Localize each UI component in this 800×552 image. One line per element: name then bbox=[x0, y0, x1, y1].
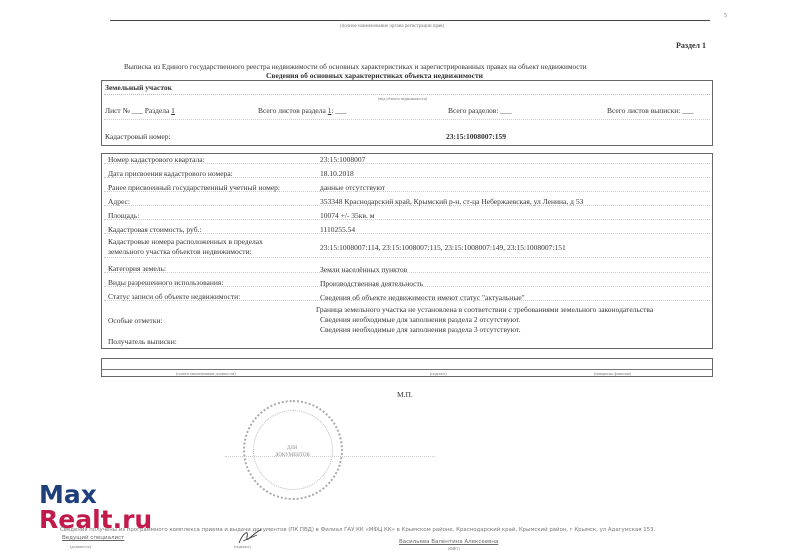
detail-label: Особые отметки: bbox=[108, 316, 163, 325]
total-sheets-value: ___ bbox=[682, 106, 693, 115]
detail-value: 10074 +/- 35кв. м bbox=[320, 211, 375, 220]
total-sheets-section: Всего листов раздела 1: ___ bbox=[258, 106, 347, 115]
detail-value: 23:15:1008007 bbox=[320, 155, 365, 164]
footer-signature-caption: (подпись) bbox=[234, 544, 251, 549]
detail-row: Площадь: 10074 +/- 35кв. м bbox=[104, 210, 710, 220]
total-sheets-label: Всего листов выписки: bbox=[607, 106, 680, 115]
detail-label: Дата присвоения кадастрового номера: bbox=[108, 169, 233, 178]
total-sheets-section-blank: ___ bbox=[335, 106, 346, 115]
section-value: 1 bbox=[171, 106, 175, 115]
detail-label-continued: земельного участка объектов недвижимости… bbox=[108, 247, 252, 256]
cadastral-label: Кадастровый номер: bbox=[105, 132, 171, 141]
total-sheets-section-value: 1 bbox=[328, 106, 332, 115]
detail-row: Дата присвоения кадастрового номера: 18.… bbox=[104, 168, 710, 178]
sheet-value: ___ bbox=[132, 106, 143, 115]
detail-label: Ранее присвоенный государственный учетны… bbox=[108, 183, 280, 192]
total-sections-label: Всего разделов: bbox=[448, 106, 498, 115]
footer-name-caption: (ФИО) bbox=[448, 546, 460, 551]
total-sections-value: ___ bbox=[500, 106, 511, 115]
corner-mark: 5 bbox=[724, 13, 727, 19]
detail-label: Кадастровые номера расположенных в преде… bbox=[108, 237, 263, 246]
special-note-line: Граница земельного участка не установлен… bbox=[316, 305, 653, 314]
detail-row: Кадастровая стоимость, руб.: 1110255.54 bbox=[104, 224, 710, 234]
section-label: Раздел 1 bbox=[676, 41, 706, 50]
total-sheets-section-label: Всего листов раздела bbox=[258, 106, 326, 115]
detail-label: Получатель выписки: bbox=[108, 337, 177, 346]
object-info-box: Земельный участок (вид объекта недвижимо… bbox=[101, 80, 713, 146]
object-type: Земельный участок bbox=[105, 83, 172, 92]
detail-value: 18.10.2018 bbox=[320, 169, 354, 178]
detail-value: Земли населённых пунктов bbox=[320, 265, 407, 274]
footer-source-note: Сведения получены из программного компле… bbox=[60, 527, 655, 533]
special-note-line: Сведения необходимые для заполнения разд… bbox=[320, 325, 521, 334]
detail-label: Категория земель: bbox=[108, 264, 166, 273]
position-caption: (полное наименование должности) bbox=[176, 371, 236, 376]
detail-row: Категория земель: Земли населённых пункт… bbox=[104, 263, 710, 273]
official-stamp: ДЛЯ ДОКУМЕНТОВ bbox=[243, 400, 343, 500]
detail-row-special-notes: Особые отметки: Граница земельного участ… bbox=[104, 305, 710, 335]
section-label: Раздела bbox=[145, 106, 170, 115]
name-caption: (инициалы, фамилия) bbox=[594, 371, 631, 376]
special-note-line: Сведения необходимые для заполнения разд… bbox=[320, 315, 521, 324]
object-type-caption: (вид объекта недвижимости) bbox=[378, 96, 427, 101]
stamp-text: ДЛЯ bbox=[287, 446, 297, 451]
footer-position: Ведущий специалист bbox=[62, 535, 124, 541]
details-box: Номер кадастрового квартала: 23:15:10080… bbox=[101, 153, 713, 349]
total-sheets: Всего листов выписки: ___ bbox=[607, 106, 694, 115]
detail-row: Получатель выписки: bbox=[104, 336, 710, 346]
detail-value: 353348 Краснодарский край, Крымский р-н,… bbox=[320, 197, 583, 206]
detail-value: 23:15:1008007:114, 23:15:1008007:115, 23… bbox=[320, 243, 566, 252]
stamp-line bbox=[225, 456, 435, 457]
signature-box: (полное наименование должности) (подпись… bbox=[101, 358, 713, 377]
cadastral-number: 23:15:1008007:159 bbox=[446, 132, 506, 141]
document-title: Выписка из Единого государственного реес… bbox=[124, 62, 587, 71]
detail-row: Статус записи об объекте недвижимости: С… bbox=[104, 291, 710, 301]
detail-value: Производственная деятельность bbox=[320, 279, 423, 288]
detail-label: Площадь: bbox=[108, 211, 139, 220]
detail-row: Виды разрешенного использования: Произво… bbox=[104, 277, 710, 287]
detail-row: Адрес: 353348 Краснодарский край, Крымск… bbox=[104, 196, 710, 206]
registrar-line bbox=[110, 20, 710, 21]
detail-value: данные отсутствуют bbox=[320, 183, 385, 192]
signature-line bbox=[102, 369, 712, 370]
sheet-label: Лист № bbox=[105, 106, 130, 115]
detail-label: Статус записи об объекте недвижимости: bbox=[108, 292, 240, 301]
document-subtitle: Сведения об основных характеристиках объ… bbox=[266, 71, 483, 80]
seal-mark-label: М.П. bbox=[397, 390, 413, 399]
detail-label: Номер кадастрового квартала: bbox=[108, 155, 205, 164]
detail-label: Адрес: bbox=[108, 197, 130, 206]
watermark-logo: Max Realt.ru bbox=[39, 482, 152, 532]
detail-value: Сведения об объекте недвижимости имеют с… bbox=[320, 293, 525, 302]
detail-row: Кадастровые номера расположенных в преде… bbox=[104, 236, 710, 258]
detail-label: Кадастровая стоимость, руб.: bbox=[108, 225, 201, 234]
watermark-max: Max bbox=[39, 482, 152, 507]
footer-position-caption: (должность) bbox=[70, 544, 91, 549]
detail-label: Виды разрешенного использования: bbox=[108, 278, 223, 287]
registrar-caption: (полное наименование органа регистрации … bbox=[340, 24, 444, 29]
sheet-info: Лист № ___ Раздела 1 bbox=[105, 106, 175, 115]
detail-row: Номер кадастрового квартала: 23:15:10080… bbox=[104, 154, 710, 164]
signature-caption: (подпись) bbox=[430, 371, 447, 376]
divider bbox=[104, 94, 710, 95]
footer-name: Васильева Валентина Алексеевна bbox=[399, 539, 498, 545]
detail-value: 1110255.54 bbox=[320, 225, 355, 234]
divider bbox=[104, 119, 710, 120]
detail-row: Ранее присвоенный государственный учетны… bbox=[104, 182, 710, 192]
total-sections: Всего разделов: ___ bbox=[448, 106, 512, 115]
